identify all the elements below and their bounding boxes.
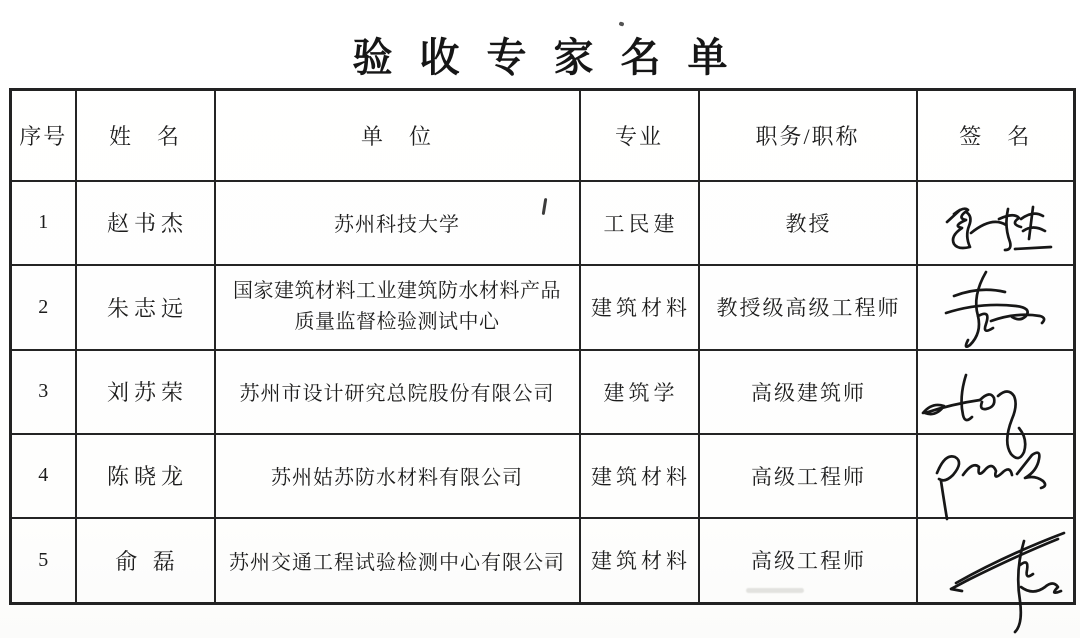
cell-no: 5	[11, 518, 76, 604]
expert-list-table: 序号 姓 名 单 位 专业 职务/职称 签 名 1 赵书杰 苏州科技大学 工民建…	[9, 88, 1076, 605]
header-signature: 签 名	[917, 90, 1075, 181]
cell-no: 3	[11, 350, 76, 434]
table-row: 3 刘苏荣 苏州市设计研究总院股份有限公司 建筑学 高级建筑师	[11, 350, 1075, 434]
cell-org: 苏州交通工程试验检测中心有限公司	[215, 518, 580, 604]
cell-signature	[917, 265, 1075, 350]
cell-signature	[917, 518, 1075, 604]
cell-signature	[917, 181, 1075, 265]
cell-title: 教授	[699, 181, 917, 265]
cell-no: 2	[11, 265, 76, 350]
header-major: 专业	[580, 90, 699, 181]
cell-name: 刘苏荣	[76, 350, 215, 434]
cell-org: 国家建筑材料工业建筑防水材料产品质量监督检验测试中心	[215, 265, 580, 350]
page-title: 验收专家名单	[0, 26, 1080, 83]
cell-no: 4	[11, 434, 76, 518]
handwritten-signature-row-4	[931, 447, 1058, 525]
cell-major: 工民建	[580, 181, 699, 265]
cell-title: 高级工程师	[699, 434, 917, 518]
cell-org: 苏州市设计研究总院股份有限公司	[215, 350, 580, 434]
header-title: 职务/职称	[699, 90, 917, 181]
table-row: 5 俞 磊 苏州交通工程试验检测中心有限公司 建筑材料 高级工程师	[11, 518, 1075, 604]
header-name: 姓 名	[76, 90, 215, 181]
cell-org: 苏州姑苏防水材料有限公司	[215, 434, 580, 518]
cell-major: 建筑学	[580, 350, 699, 434]
cell-org: 苏州科技大学	[215, 181, 580, 265]
cell-signature	[917, 434, 1075, 518]
handwritten-signature-row-1	[944, 200, 1058, 260]
cell-title: 高级建筑师	[699, 350, 917, 434]
cell-major: 建筑材料	[580, 265, 699, 350]
table-row: 1 赵书杰 苏州科技大学 工民建 教授	[11, 181, 1075, 265]
cell-major: 建筑材料	[580, 518, 699, 604]
cell-name: 陈晓龙	[76, 434, 215, 518]
cell-name: 朱志远	[76, 265, 215, 350]
cell-title: 教授级高级工程师	[699, 265, 917, 350]
cell-name: 俞 磊	[76, 518, 215, 604]
cell-signature	[917, 350, 1075, 434]
cell-name: 赵书杰	[76, 181, 215, 265]
cell-title: 高级工程师	[699, 518, 917, 604]
scanned-document-page: 验收专家名单 序号 姓 名 单 位 专业 职务/职称 签 名 1 赵书杰 苏州科…	[0, 0, 1080, 638]
cell-major: 建筑材料	[580, 434, 699, 518]
table-header-row: 序号 姓 名 单 位 专业 职务/职称 签 名	[11, 90, 1075, 181]
header-org: 单 位	[215, 90, 580, 181]
handwritten-signature-row-5	[936, 529, 1070, 638]
org-text: 国家建筑材料工业建筑防水材料产品质量监督检验测试中心	[226, 276, 568, 338]
cell-no: 1	[11, 181, 76, 265]
header-no: 序号	[11, 90, 76, 181]
table-row: 2 朱志远 国家建筑材料工业建筑防水材料产品质量监督检验测试中心 建筑材料 教授…	[11, 265, 1075, 350]
handwritten-signature-row-2	[928, 270, 1050, 350]
table-row: 4 陈晓龙 苏州姑苏防水材料有限公司 建筑材料 高级工程师	[11, 434, 1075, 518]
